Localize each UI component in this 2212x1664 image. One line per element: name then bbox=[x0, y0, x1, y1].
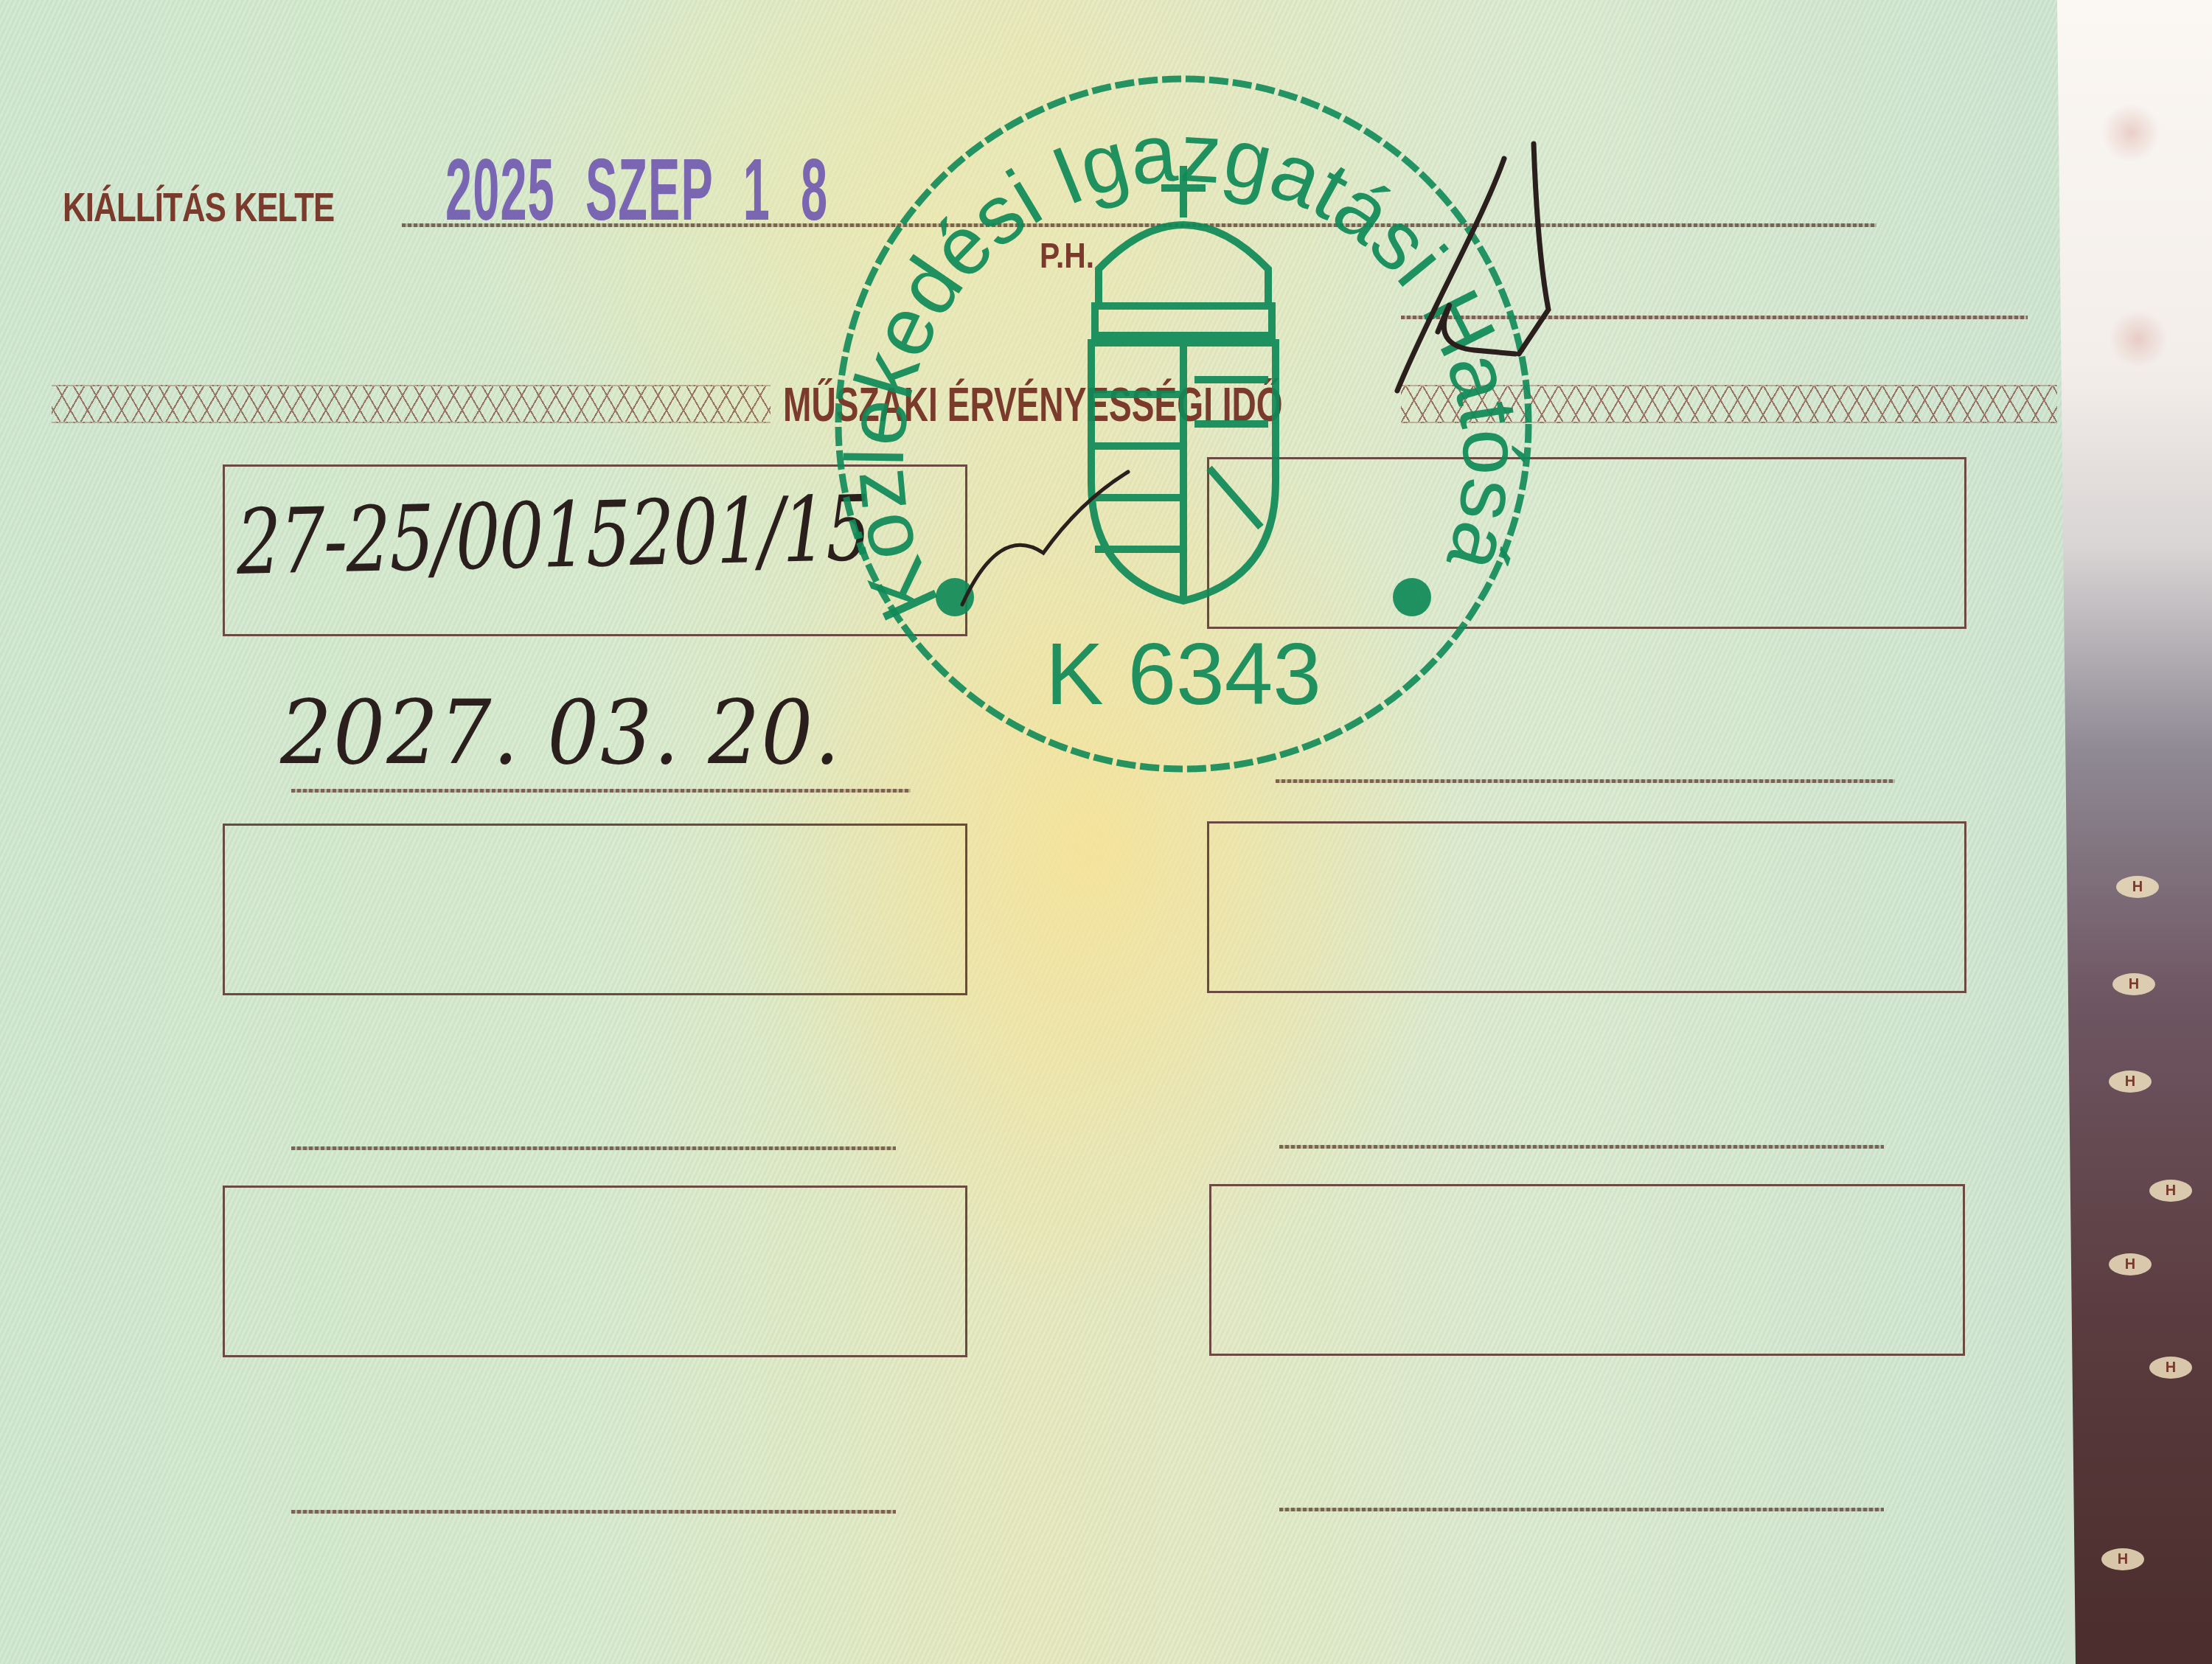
date-line-2-left bbox=[291, 1146, 896, 1150]
validity-box-2-right[interactable] bbox=[1207, 821, 1966, 993]
hologram-h-mark: H bbox=[2109, 1071, 2152, 1093]
issue-date-label: KIÁLLÍTÁS KELTE bbox=[63, 183, 334, 231]
hologram-strip: H H H H H H H bbox=[2057, 0, 2212, 1664]
signature[interactable] bbox=[1386, 140, 1681, 435]
hologram-h-mark: H bbox=[2101, 1548, 2144, 1570]
hologram-h-mark: H bbox=[2149, 1357, 2192, 1379]
validity-box-3-left[interactable] bbox=[223, 1186, 967, 1357]
validity-box-3-right[interactable] bbox=[1209, 1184, 1965, 1356]
hologram-h-mark: H bbox=[2109, 1253, 2152, 1275]
guilloche-band-left bbox=[52, 385, 771, 423]
handwritten-code: 27-25/0015201/15 bbox=[236, 476, 870, 595]
handwritten-date: 2027. 03. 20. bbox=[280, 682, 841, 784]
issue-date-stamp: 2025 SZEP 1 8 bbox=[445, 140, 828, 240]
hologram-h-mark: H bbox=[2112, 973, 2155, 995]
validity-box-2-left[interactable] bbox=[223, 824, 967, 995]
signature-stroke bbox=[955, 457, 1132, 619]
date-line-3-right bbox=[1279, 1508, 1884, 1511]
stamp-code: K 6343 bbox=[1046, 626, 1321, 723]
hologram-h-mark: H bbox=[2116, 876, 2159, 898]
stamp-star-right-icon bbox=[1393, 578, 1431, 616]
date-line-1-left bbox=[291, 789, 911, 793]
hologram-h-mark: H bbox=[2149, 1180, 2192, 1202]
date-line-3-left bbox=[291, 1510, 896, 1514]
date-line-2-right bbox=[1279, 1145, 1884, 1149]
